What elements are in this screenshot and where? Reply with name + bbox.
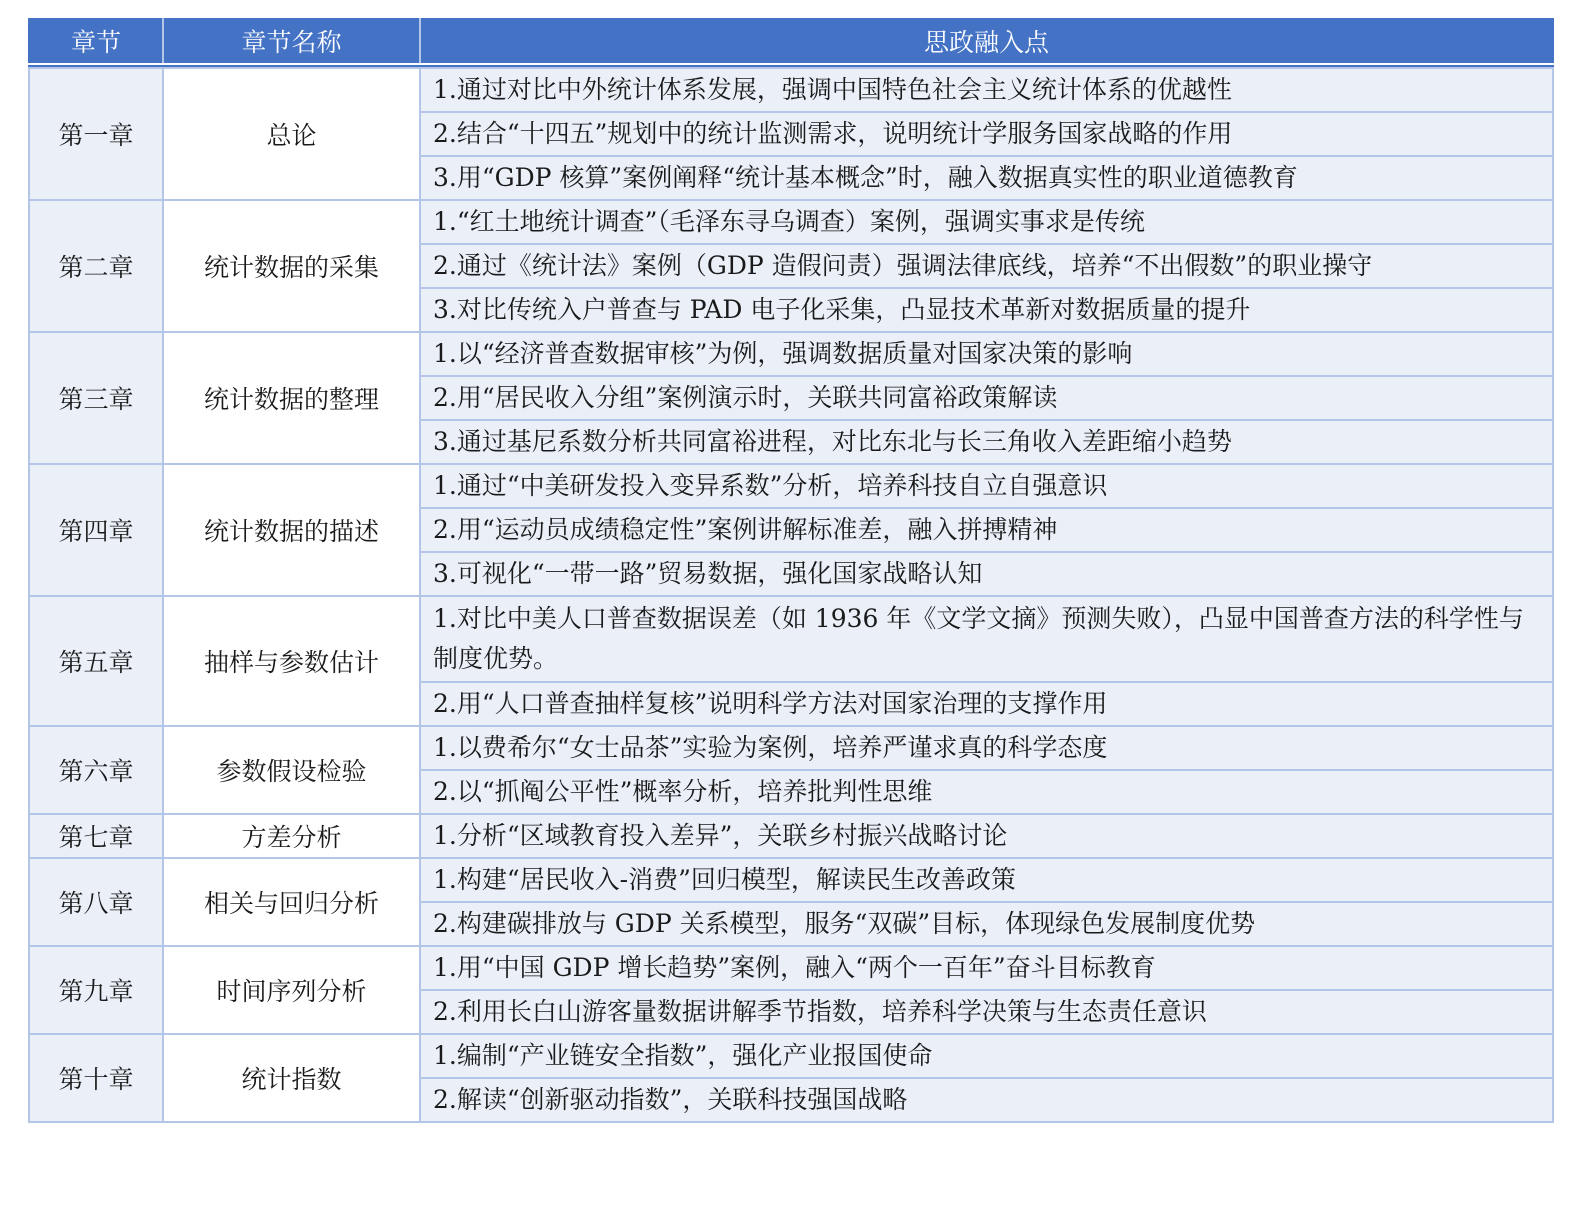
- table-row: 第十章统计指数1.编制“产业链安全指数”，强化产业报国使命: [29, 1034, 1553, 1078]
- chapter-cell: 第八章: [29, 858, 163, 946]
- chapter-name-cell: 时间序列分析: [163, 946, 420, 1034]
- ideology-point-cell: 1.以“经济普查数据审核”为例，强调数据质量对国家决策的影响: [420, 332, 1553, 376]
- ideology-point-cell: 2.用“运动员成绩稳定性”案例讲解标准差，融入拼搏精神: [420, 508, 1553, 552]
- ideology-integration-table: 章节 章节名称 思政融入点 第一章总论1.通过对比中外统计体系发展，强调中国特色…: [28, 18, 1554, 1123]
- ideology-point-cell: 1.通过对比中外统计体系发展，强调中国特色社会主义统计体系的优越性: [420, 68, 1553, 112]
- ideology-point-cell: 3.可视化“一带一路”贸易数据，强化国家战略认知: [420, 552, 1553, 596]
- table-row: 第七章方差分析1.分析“区域教育投入差异”，关联乡村振兴战略讨论: [29, 814, 1553, 858]
- table-row: 第三章统计数据的整理1.以“经济普查数据审核”为例，强调数据质量对国家决策的影响: [29, 332, 1553, 376]
- ideology-point-cell: 3.用“GDP 核算”案例阐释“统计基本概念”时，融入数据真实性的职业道德教育: [420, 156, 1553, 200]
- chapter-cell: 第十章: [29, 1034, 163, 1122]
- chapter-name-cell: 统计指数: [163, 1034, 420, 1122]
- ideology-point-cell: 1.“红土地统计调查”（毛泽东寻乌调查）案例，强调实事求是传统: [420, 200, 1553, 244]
- ideology-point-cell: 3.通过基尼系数分析共同富裕进程，对比东北与长三角收入差距缩小趋势: [420, 420, 1553, 464]
- header-chapter: 章节: [29, 18, 163, 64]
- ideology-point-cell: 2.用“人口普查抽样复核”说明科学方法对国家治理的支撑作用: [420, 682, 1553, 726]
- ideology-point-cell: 2.以“抓阄公平性”概率分析，培养批判性思维: [420, 770, 1553, 814]
- table-row: 第九章时间序列分析1.用“中国 GDP 增长趋势”案例，融入“两个一百年”奋斗目…: [29, 946, 1553, 990]
- chapter-cell: 第九章: [29, 946, 163, 1034]
- ideology-point-cell: 2.通过《统计法》案例（GDP 造假问责）强调法律底线，培养“不出假数”的职业操…: [420, 244, 1553, 288]
- chapter-name-cell: 抽样与参数估计: [163, 596, 420, 726]
- table-row: 第四章统计数据的描述1.通过“中美研发投入变异系数”分析，培养科技自立自强意识: [29, 464, 1553, 508]
- ideology-point-cell: 2.利用长白山游客量数据讲解季节指数，培养科学决策与生态责任意识: [420, 990, 1553, 1034]
- ideology-point-cell: 1.通过“中美研发投入变异系数”分析，培养科技自立自强意识: [420, 464, 1553, 508]
- chapter-cell: 第七章: [29, 814, 163, 858]
- ideology-point-cell: 1.对比中美人口普查数据误差（如 1936 年《文学文摘》预测失败），凸显中国普…: [420, 596, 1553, 682]
- chapter-cell: 第一章: [29, 68, 163, 200]
- chapter-name-cell: 统计数据的描述: [163, 464, 420, 596]
- ideology-point-cell: 1.编制“产业链安全指数”，强化产业报国使命: [420, 1034, 1553, 1078]
- table-header-row: 章节 章节名称 思政融入点: [29, 18, 1553, 64]
- ideology-point-cell: 2.用“居民收入分组”案例演示时，关联共同富裕政策解读: [420, 376, 1553, 420]
- ideology-point-cell: 2.结合“十四五”规划中的统计监测需求，说明统计学服务国家战略的作用: [420, 112, 1553, 156]
- header-chapter-name: 章节名称: [163, 18, 420, 64]
- chapter-cell: 第三章: [29, 332, 163, 464]
- table-row: 第六章参数假设检验1.以费希尔“女士品茶”实验为案例，培养严谨求真的科学态度: [29, 726, 1553, 770]
- ideology-point-cell: 1.分析“区域教育投入差异”，关联乡村振兴战略讨论: [420, 814, 1553, 858]
- chapter-name-cell: 统计数据的采集: [163, 200, 420, 332]
- ideology-point-cell: 1.构建“居民收入-消费”回归模型，解读民生改善政策: [420, 858, 1553, 902]
- ideology-point-cell: 2.构建碳排放与 GDP 关系模型，服务“双碳”目标，体现绿色发展制度优势: [420, 902, 1553, 946]
- chapter-name-cell: 总论: [163, 68, 420, 200]
- table-row: 第八章相关与回归分析1.构建“居民收入-消费”回归模型，解读民生改善政策: [29, 858, 1553, 902]
- table-row: 第五章抽样与参数估计1.对比中美人口普查数据误差（如 1936 年《文学文摘》预…: [29, 596, 1553, 682]
- header-ideology-points: 思政融入点: [420, 18, 1553, 64]
- ideology-point-cell: 3.对比传统入户普查与 PAD 电子化采集，凸显技术革新对数据质量的提升: [420, 288, 1553, 332]
- chapter-cell: 第六章: [29, 726, 163, 814]
- table-body: 第一章总论1.通过对比中外统计体系发展，强调中国特色社会主义统计体系的优越性2.…: [29, 68, 1553, 1122]
- chapter-cell: 第五章: [29, 596, 163, 726]
- chapter-name-cell: 统计数据的整理: [163, 332, 420, 464]
- ideology-point-cell: 1.以费希尔“女士品茶”实验为案例，培养严谨求真的科学态度: [420, 726, 1553, 770]
- chapter-name-cell: 参数假设检验: [163, 726, 420, 814]
- chapter-name-cell: 相关与回归分析: [163, 858, 420, 946]
- chapter-name-cell: 方差分析: [163, 814, 420, 858]
- table-row: 第二章统计数据的采集1.“红土地统计调查”（毛泽东寻乌调查）案例，强调实事求是传…: [29, 200, 1553, 244]
- chapter-cell: 第二章: [29, 200, 163, 332]
- ideology-point-cell: 2.解读“创新驱动指数”，关联科技强国战略: [420, 1078, 1553, 1122]
- table-row: 第一章总论1.通过对比中外统计体系发展，强调中国特色社会主义统计体系的优越性: [29, 68, 1553, 112]
- chapter-cell: 第四章: [29, 464, 163, 596]
- ideology-point-cell: 1.用“中国 GDP 增长趋势”案例，融入“两个一百年”奋斗目标教育: [420, 946, 1553, 990]
